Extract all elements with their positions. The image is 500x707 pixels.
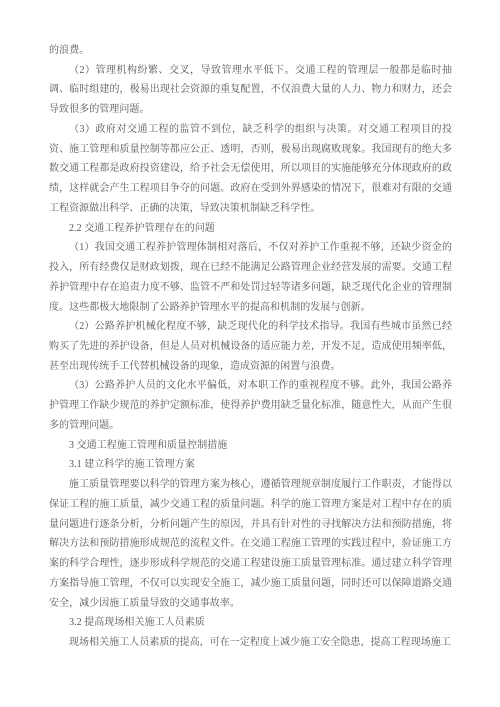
paragraph-mechanization: （2）公路养护机械化程度不够，缺乏现代化的科学技术指导。我国有些城市虽然已经购买… — [49, 317, 452, 376]
paragraph-government-supervision: （3）政府对交通工程的监管不到位，缺乏科学的组织与决策。对交通工程项目的投资、施… — [49, 120, 452, 219]
paragraph-worker-quality: 现场相关施工人员素质的提高，可在一定程度上减少施工安全隐患，提高工程现场施工 — [49, 633, 452, 653]
document-text-block: 的浪费。 （2）管理机构纷繁、交叉，导致管理水平低下。交通工程的管理层一般都是临… — [49, 41, 452, 653]
paragraph-management-structure: （2）管理机构纷繁、交叉，导致管理水平低下。交通工程的管理层一般都是临时抽调、临… — [49, 61, 452, 120]
section-heading-3-1: 3.1 建立科学的施工管理方案 — [49, 455, 452, 475]
section-heading-3: 3 交通工程施工管理和质量控制措施 — [49, 436, 452, 456]
paragraph-maintenance-system: （1）我国交通工程养护管理体制相对落后，不仅对养护工作重视不够，还缺少资金的投入… — [49, 238, 452, 317]
paragraph-continuation: 的浪费。 — [49, 41, 452, 61]
document-page: 的浪费。 （2）管理机构纷繁、交叉，导致管理水平低下。交通工程的管理层一般都是临… — [0, 0, 500, 707]
section-heading-3-2: 3.2 提高现场相关施工人员素质 — [49, 613, 452, 633]
section-heading-2-2: 2.2 交通工程养护管理存在的问题 — [49, 219, 452, 239]
paragraph-management-plan: 施工质量管理要以科学的管理方案为核心，遵循管理规章制度履行工作职责，才能得以保证… — [49, 475, 452, 613]
paragraph-personnel-education: （3）公路养护人员的文化水平偏低，对本职工作的重视程度不够。此外，我国公路养护管… — [49, 376, 452, 435]
